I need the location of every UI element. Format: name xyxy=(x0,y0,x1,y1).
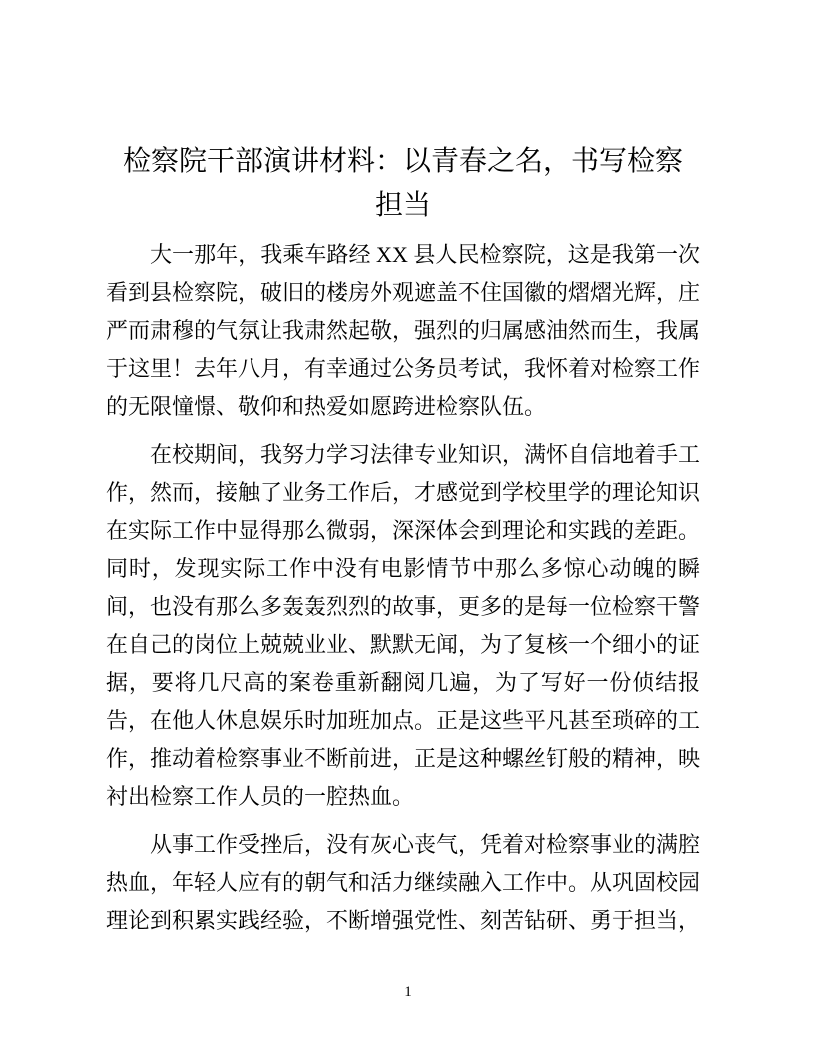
paragraph-1: 大一那年，我乘车路经 XX 县人民检察院，这是我第一次看到县检察院，破旧的楼房外… xyxy=(106,236,700,426)
document-content: 检察院干部演讲材料：以青春之名，书写检察担当 大一那年，我乘车路经 XX 县人民… xyxy=(106,140,700,950)
paragraph-2: 在校期间，我努力学习法律专业知识，满怀自信地着手工作，然而，接触了业务工作后，才… xyxy=(106,436,700,816)
page-number: 1 xyxy=(0,982,816,1002)
paragraph-3: 从事工作受挫后，没有灰心丧气，凭着对检察事业的满腔热血，年轻人应有的朝气和活力继… xyxy=(106,826,700,940)
document-page: 检察院干部演讲材料：以青春之名，书写检察担当 大一那年，我乘车路经 XX 县人民… xyxy=(0,0,816,1056)
document-title: 检察院干部演讲材料：以青春之名，书写检察担当 xyxy=(113,140,693,228)
